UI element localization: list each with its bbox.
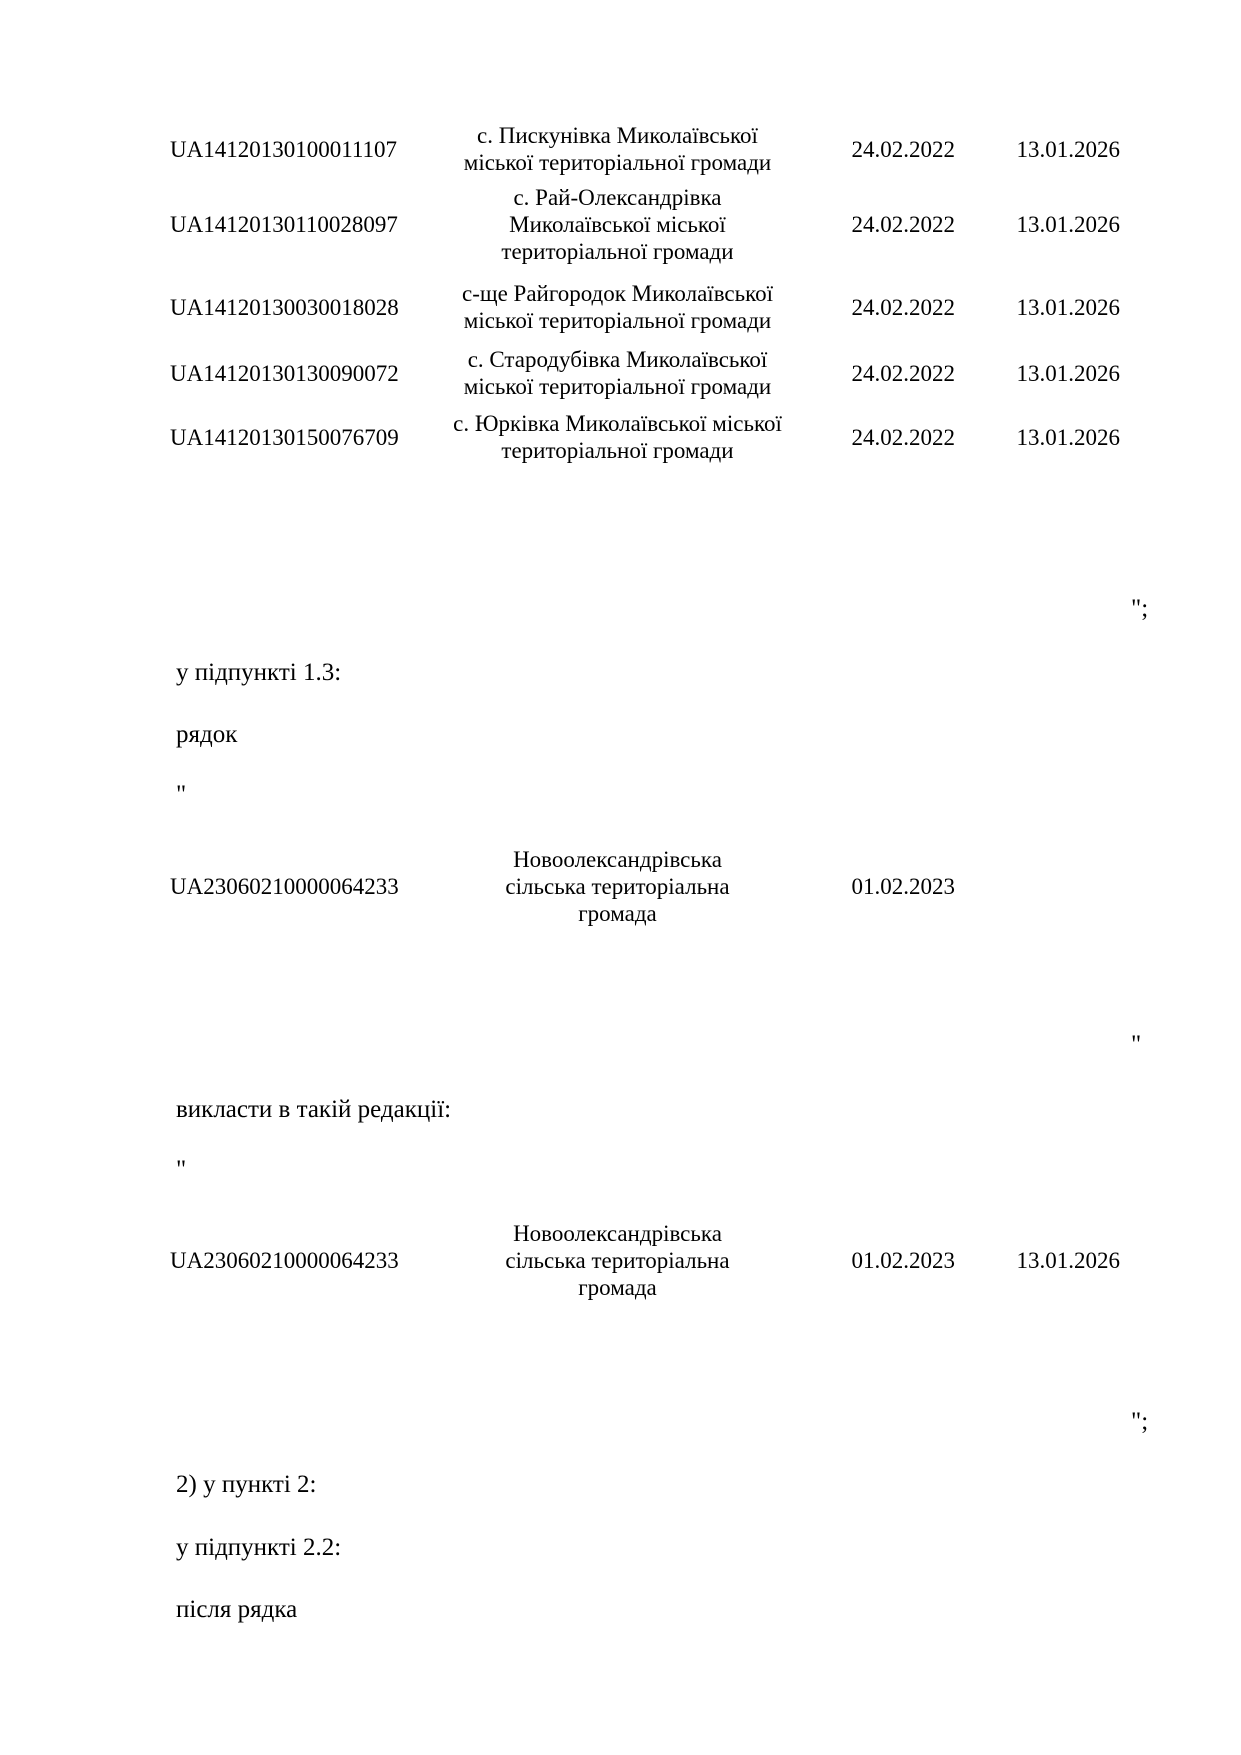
paragraph-after-row: після рядка — [176, 1595, 297, 1625]
territory-name: Новоолександрівська сільська територіаль… — [445, 1220, 790, 1301]
start-date: 24.02.2022 — [790, 360, 955, 387]
territory-code: UA23060210000064233 — [170, 1247, 445, 1274]
paragraph-row: рядок — [176, 720, 237, 750]
table-row-old: UA23060210000064233 Новоолександрівська … — [170, 846, 1150, 927]
territory-code: UA14120130110028097 — [170, 211, 445, 238]
start-date: 24.02.2022 — [790, 211, 955, 238]
table-row: UA14120130130090072 с. Стародубівка Мико… — [170, 346, 1150, 400]
territory-code: UA23060210000064233 — [170, 873, 445, 900]
table-row: UA14120130110028097 с. Рай-Олександрівка… — [170, 184, 1150, 265]
end-date: 13.01.2026 — [955, 294, 1120, 321]
start-date: 01.02.2023 — [790, 873, 955, 900]
closing-quote: "; — [1131, 1407, 1148, 1437]
territory-code: UA14120130030018028 — [170, 294, 445, 321]
territory-name: с. Юрківка Миколаївської міської територ… — [445, 410, 790, 464]
closing-quote: "; — [1131, 594, 1148, 624]
end-date: 13.01.2026 — [955, 360, 1120, 387]
start-date: 01.02.2023 — [790, 1247, 955, 1274]
territory-name: Новоолександрівська сільська територіаль… — [445, 846, 790, 927]
table-row-new: UA23060210000064233 Новоолександрівська … — [170, 1220, 1150, 1301]
paragraph-replace: викласти в такій редакції: — [176, 1095, 451, 1125]
start-date: 24.02.2022 — [790, 294, 955, 321]
table-row: UA14120130030018028 с-ще Райгородок Мико… — [170, 280, 1150, 334]
table-row: UA14120130100011107 с. Пискунівка Микола… — [170, 122, 1150, 176]
territory-code: UA14120130100011107 — [170, 136, 445, 163]
paragraph-subpoint-1-3: у підпункті 1.3: — [176, 658, 341, 688]
table-row: UA14120130150076709 с. Юрківка Миколаївс… — [170, 410, 1150, 464]
territory-name: с. Стародубівка Миколаївської міської те… — [445, 346, 790, 400]
territory-name: с. Рай-Олександрівка Миколаївської міськ… — [445, 184, 790, 265]
opening-quote: " — [176, 780, 186, 810]
territory-code: UA14120130150076709 — [170, 424, 445, 451]
paragraph-subpoint-2-2: у підпункті 2.2: — [176, 1533, 341, 1563]
end-date: 13.01.2026 — [955, 136, 1120, 163]
start-date: 24.02.2022 — [790, 136, 955, 163]
territory-name: с. Пискунівка Миколаївської міської тери… — [445, 122, 790, 176]
end-date: 13.01.2026 — [955, 1247, 1120, 1274]
start-date: 24.02.2022 — [790, 424, 955, 451]
paragraph-point-2: 2) у пункті 2: — [176, 1470, 316, 1500]
territory-name: с-ще Райгородок Миколаївської міської те… — [445, 280, 790, 334]
opening-quote: " — [176, 1155, 186, 1185]
territory-code: UA14120130130090072 — [170, 360, 445, 387]
end-date: 13.01.2026 — [955, 424, 1120, 451]
closing-quote: " — [1131, 1030, 1141, 1060]
end-date: 13.01.2026 — [955, 211, 1120, 238]
